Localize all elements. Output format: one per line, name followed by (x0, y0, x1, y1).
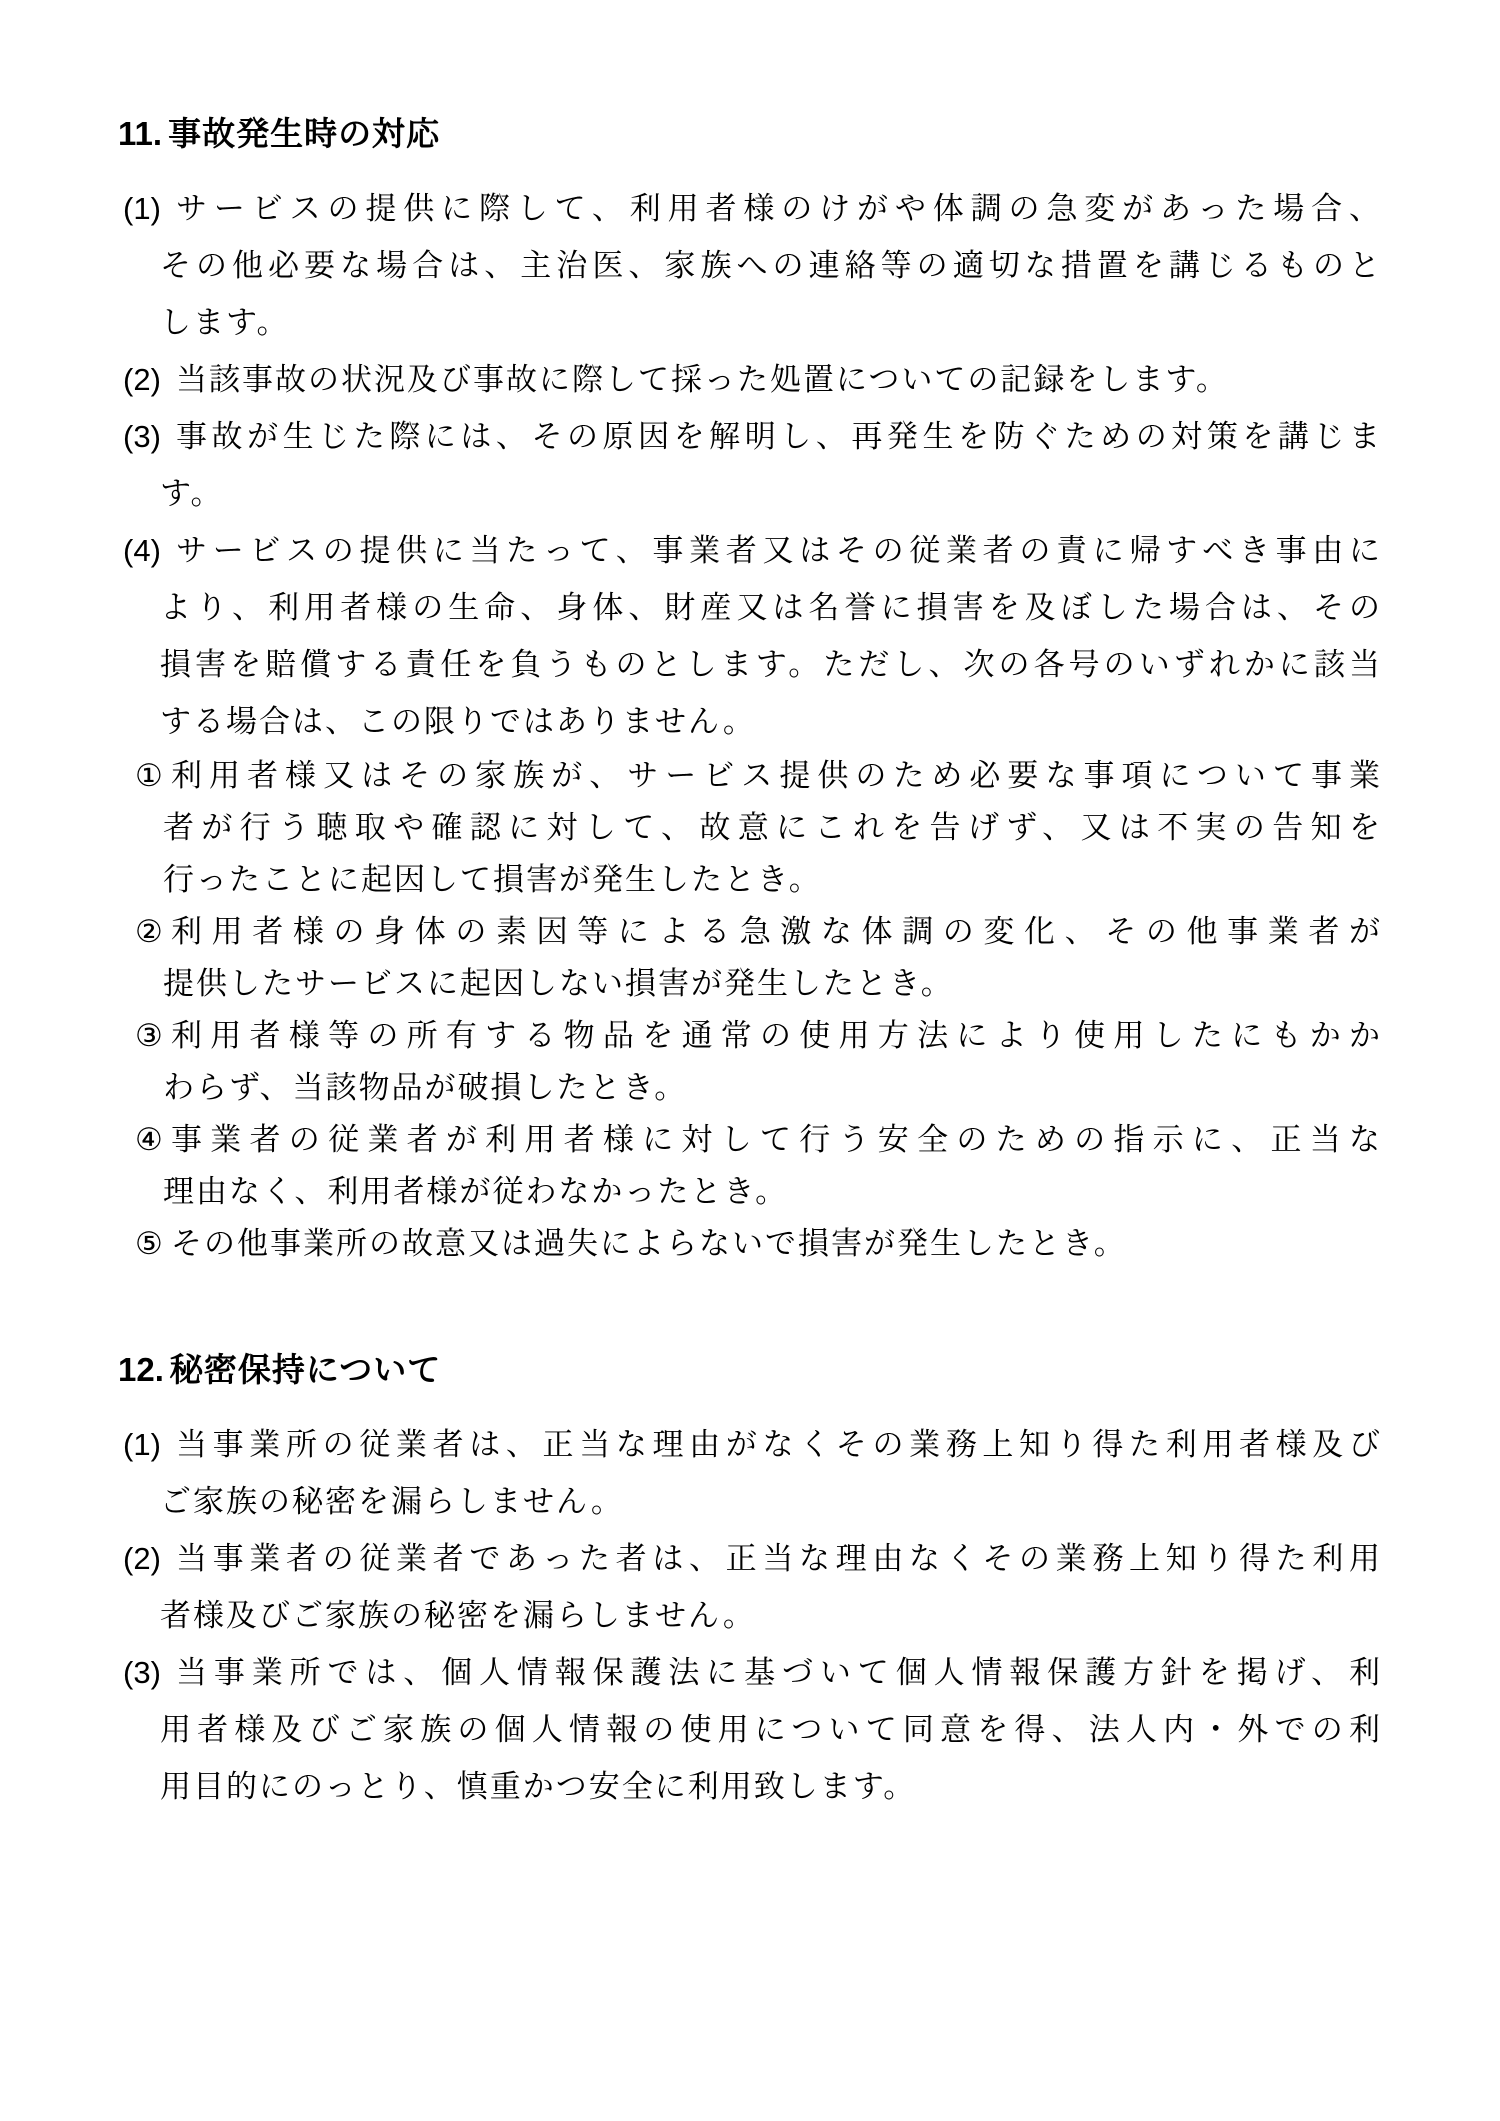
text-line: 者様及びご家族の秘密を漏らしません。 (160, 1587, 1382, 1644)
item-marker: (2) (123, 351, 161, 408)
sub-list-item: ④事業者の従業者が利用者様に対して行う安全のための指示に、正当な理由なく、利用者… (163, 1114, 1382, 1218)
text-line: その他事業所の故意又は過失によらないで損害が発生したとき。 (163, 1218, 1382, 1270)
sub-list-item: ①利用者様又はその家族が、サービス提供のため必要な事項について事業者が行う聴取や… (163, 750, 1382, 906)
list-item: (3)事故が生じた際には、その原因を解明し、再発生を防ぐための対策を講じます。 (160, 408, 1382, 522)
text-line: より、利用者様の生命、身体、財産又は名誉に損害を及ぼした場合は、その (160, 579, 1382, 636)
text-line: サービスの提供に当たって、事業者又はその従業者の責に帰すべき事由に (160, 522, 1382, 579)
text-line: 理由なく、利用者様が従わなかったとき。 (163, 1166, 1382, 1218)
text-line: 用目的にのっとり、慎重かつ安全に利用致します。 (160, 1758, 1382, 1815)
item-marker: (3) (123, 408, 161, 465)
section-heading: 11.事故発生時の対応 (118, 112, 1382, 156)
section-title: 秘密保持について (170, 1351, 441, 1388)
subitem-marker: ④ (135, 1114, 163, 1166)
list-item: (1)サービスの提供に際して、利用者様のけがや体調の急変があった場合、その他必要… (160, 180, 1382, 351)
list-item: (3)当事業所では、個人情報保護法に基づいて個人情報保護方針を掲げ、利用者様及び… (160, 1644, 1382, 1815)
document-section: 11.事故発生時の対応(1)サービスの提供に際して、利用者様のけがや体調の急変が… (0, 0, 1500, 1270)
subitem-marker: ⑤ (135, 1218, 163, 1270)
item-marker: (1) (123, 1416, 161, 1473)
subitem-marker: ③ (135, 1010, 163, 1062)
list-item: (4)サービスの提供に当たって、事業者又はその従業者の責に帰すべき事由により、利… (160, 522, 1382, 1270)
text-line: 利用者様又はその家族が、サービス提供のため必要な事項について事業 (163, 750, 1382, 802)
section-heading: 12.秘密保持について (118, 1348, 1382, 1392)
text-line: 利用者様等の所有する物品を通常の使用方法により使用したにもかか (163, 1010, 1382, 1062)
document-section: 12.秘密保持について(1)当事業所の従業者は、正当な理由がなくその業務上知り得… (0, 1270, 1500, 1815)
subitem-marker: ① (135, 750, 163, 802)
sub-list: ①利用者様又はその家族が、サービス提供のため必要な事項について事業者が行う聴取や… (160, 750, 1382, 1270)
item-marker: (4) (123, 522, 161, 579)
text-line: す。 (160, 465, 1382, 522)
text-line: する場合は、この限りではありません。 (160, 693, 1382, 750)
text-line: します。 (160, 294, 1382, 351)
section-number: 12. (118, 1351, 164, 1388)
section-title: 事故発生時の対応 (168, 115, 440, 152)
item-marker: (1) (123, 180, 161, 237)
sub-list-item: ③利用者様等の所有する物品を通常の使用方法により使用したにもかかわらず、当該物品… (163, 1010, 1382, 1114)
text-line: 行ったことに起因して損害が発生したとき。 (163, 854, 1382, 906)
text-line: わらず、当該物品が破損したとき。 (163, 1062, 1382, 1114)
text-line: 当該事故の状況及び事故に際して採った処置についての記録をします。 (160, 351, 1382, 408)
text-line: 損害を賠償する責任を負うものとします。ただし、次の各号のいずれかに該当 (160, 636, 1382, 693)
text-line: 者が行う聴取や確認に対して、故意にこれを告げず、又は不実の告知を (163, 802, 1382, 854)
text-line: 事業者の従業者が利用者様に対して行う安全のための指示に、正当な (163, 1114, 1382, 1166)
text-line: 利用者様の身体の素因等による急激な体調の変化、その他事業者が (163, 906, 1382, 958)
text-line: 事故が生じた際には、その原因を解明し、再発生を防ぐための対策を講じま (160, 408, 1382, 465)
text-line: 提供したサービスに起因しない損害が発生したとき。 (163, 958, 1382, 1010)
text-line: その他必要な場合は、主治医、家族への連絡等の適切な措置を講じるものと (160, 237, 1382, 294)
text-line: ご家族の秘密を漏らしません。 (160, 1473, 1382, 1530)
list-item: (1)当事業所の従業者は、正当な理由がなくその業務上知り得た利用者様及びご家族の… (160, 1416, 1382, 1530)
text-line: 当事業者の従業者であった者は、正当な理由なくその業務上知り得た利用 (160, 1530, 1382, 1587)
item-marker: (2) (123, 1530, 161, 1587)
text-line: サービスの提供に際して、利用者様のけがや体調の急変があった場合、 (160, 180, 1382, 237)
text-line: 用者様及びご家族の個人情報の使用について同意を得、法人内・外での利 (160, 1701, 1382, 1758)
sub-list-item: ⑤その他事業所の故意又は過失によらないで損害が発生したとき。 (163, 1218, 1382, 1270)
text-line: 当事業所では、個人情報保護法に基づいて個人情報保護方針を掲げ、利 (160, 1644, 1382, 1701)
item-marker: (3) (123, 1644, 161, 1701)
list-item: (2)当該事故の状況及び事故に際して採った処置についての記録をします。 (160, 351, 1382, 408)
sub-list-item: ②利用者様の身体の素因等による急激な体調の変化、その他事業者が提供したサービスに… (163, 906, 1382, 1010)
section-number: 11. (118, 115, 162, 152)
document-page: 11.事故発生時の対応(1)サービスの提供に際して、利用者様のけがや体調の急変が… (0, 0, 1500, 2121)
text-line: 当事業所の従業者は、正当な理由がなくその業務上知り得た利用者様及び (160, 1416, 1382, 1473)
document-body: 11.事故発生時の対応(1)サービスの提供に際して、利用者様のけがや体調の急変が… (0, 0, 1500, 1815)
subitem-marker: ② (135, 906, 163, 958)
list-item: (2)当事業者の従業者であった者は、正当な理由なくその業務上知り得た利用者様及び… (160, 1530, 1382, 1644)
